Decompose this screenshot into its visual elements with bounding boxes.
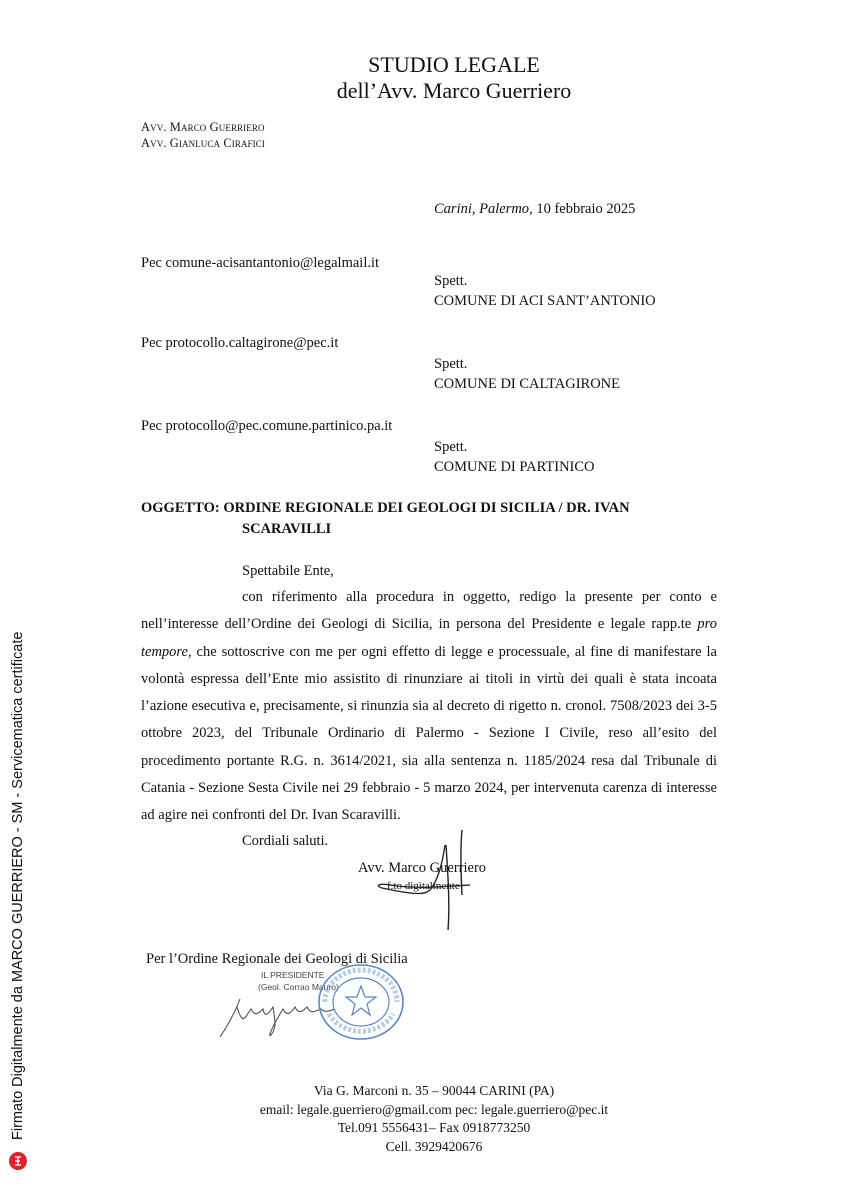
lawyer-name: Avv. Marco Guerriero [141, 120, 265, 135]
letterhead-subtitle: dell’Avv. Marco Guerriero [0, 78, 848, 104]
official-stamp-icon [315, 962, 407, 1042]
footer-cell: Cell. 3929420676 [0, 1138, 848, 1157]
date-value: , 10 febbraio 2025 [529, 201, 635, 217]
subject-text-continued: SCARAVILLI [242, 521, 331, 538]
recipient-salutation: Spett. [434, 356, 467, 373]
recipient-pec: Pec protocollo@pec.comune.partinico.pa.i… [141, 418, 392, 435]
closing: Cordiali saluti. [242, 833, 328, 850]
recipient-pec: Pec protocollo.caltagirone@pec.it [141, 335, 338, 352]
handwritten-signature-icon [370, 825, 490, 935]
body-paragraph: con riferimento alla procedura in oggett… [141, 584, 717, 830]
recipient-name: COMUNE DI ACI SANT’ANTONIO [434, 293, 656, 310]
date-line: Carini, Palermo, 10 febbraio 2025 [434, 201, 635, 218]
wax-seal-icon [8, 1151, 28, 1171]
footer: Via G. Marconi n. 35 – 90044 CARINI (PA)… [0, 1082, 848, 1156]
date-place: Carini, Palermo [434, 201, 529, 217]
recipient-salutation: Spett. [434, 273, 467, 290]
digital-signature-banner: Firmato Digitalmente da MARCO GUERRIERO … [10, 632, 26, 1140]
recipient-name: COMUNE DI PARTINICO [434, 459, 595, 476]
subject-label: OGGETTO: [141, 500, 220, 516]
greeting: Spettabile Ente, [242, 563, 334, 580]
lawyer-name: Avv. Gianluca Cirafici [141, 136, 265, 151]
subject-text: ORDINE REGIONALE DEI GEOLOGI DI SICILIA … [223, 500, 629, 516]
footer-email: email: legale.guerriero@gmail.com pec: l… [0, 1101, 848, 1120]
recipient-salutation: Spett. [434, 439, 467, 456]
recipient-pec: Pec comune-acisantantonio@legalmail.it [141, 255, 379, 272]
footer-phone: Tel.091 5556431– Fax 0918773250 [0, 1119, 848, 1138]
subject-line: OGGETTO: ORDINE REGIONALE DEI GEOLOGI DI… [141, 500, 630, 517]
letterhead-title: STUDIO LEGALE [0, 52, 848, 78]
footer-address: Via G. Marconi n. 35 – 90044 CARINI (PA) [0, 1082, 848, 1101]
recipient-name: COMUNE DI CALTAGIRONE [434, 376, 620, 393]
